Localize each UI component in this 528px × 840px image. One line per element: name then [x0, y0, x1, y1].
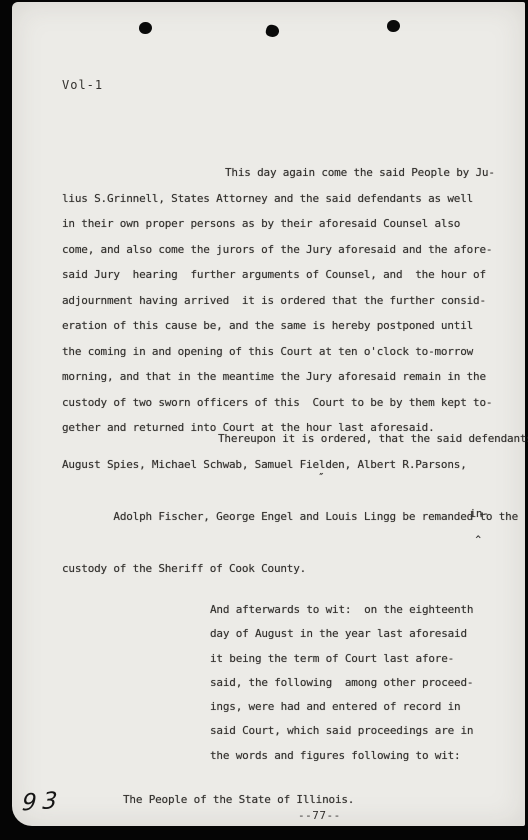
text-before-insertion: Adolph Fischer, George Engel and Louis L…: [113, 510, 479, 523]
text-line: come, and also come the jurors of the Ju…: [62, 237, 514, 263]
text-line: the words and figures following to wit:: [210, 744, 510, 768]
text-line: adjournment having arrived it is ordered…: [62, 288, 514, 314]
paper-sheet: Vol-1 This day again come the said Peopl…: [12, 2, 525, 826]
text-line: custody of two sworn officers of this Co…: [62, 390, 514, 416]
text-line: ings, were had and entered of record in: [210, 695, 510, 719]
handwritten-page-number: 93: [21, 787, 64, 816]
binder-dot-icon: [139, 22, 152, 34]
case-title: The People of the State of Illinois.: [123, 793, 354, 806]
text-line: said Court, which said proceedings are i…: [210, 719, 510, 743]
ditto-mark: ″: [318, 465, 324, 491]
text-line: it being the term of Court last afore-: [210, 647, 510, 671]
text-line: the coming in and opening of this Court …: [62, 339, 514, 365]
text-line: said Jury hearing further arguments of C…: [62, 262, 514, 288]
paragraph-adjournment-order: This day again come the said People by J…: [62, 160, 514, 441]
binder-dot-icon: [387, 20, 400, 32]
text-line: in their own proper persons as by their …: [62, 211, 514, 237]
volume-label: Vol-1: [62, 78, 103, 92]
page-number: --77--: [298, 809, 341, 822]
text-line: August Spies, Michael Schwab, Samuel Fie…: [62, 452, 514, 478]
text-line: day of August in the year last aforesaid: [210, 622, 510, 646]
text-line-with-insertion: ″Adolph Fischer, George Engel and Louis …: [62, 478, 514, 556]
text-line: morning, and that in the meantime the Ju…: [62, 364, 514, 390]
text-line: lius S.Grinnell, States Attorney and the…: [62, 186, 514, 212]
text-line: And afterwards to wit: on the eighteenth: [210, 598, 510, 622]
text-line: This day again come the said People by J…: [62, 160, 514, 186]
text-line: said, the following among other proceed-: [210, 671, 510, 695]
paragraph-remand-order: Thereupon it is ordered, that the said d…: [62, 426, 514, 582]
binder-dot-icon: [265, 24, 281, 39]
text-line: Thereupon it is ordered, that the said d…: [62, 426, 514, 452]
text-line: eration of this cause be, and the same i…: [62, 313, 514, 339]
paragraph-afterwards-block: And afterwards to wit: on the eighteenth…: [210, 598, 510, 768]
text-line: custody of the Sheriff of Cook County.: [62, 556, 514, 582]
caret-mark: ^: [475, 527, 480, 553]
scanned-document-page: Vol-1 This day again come the said Peopl…: [0, 0, 528, 840]
interlinear-insertion: in-: [469, 501, 488, 527]
